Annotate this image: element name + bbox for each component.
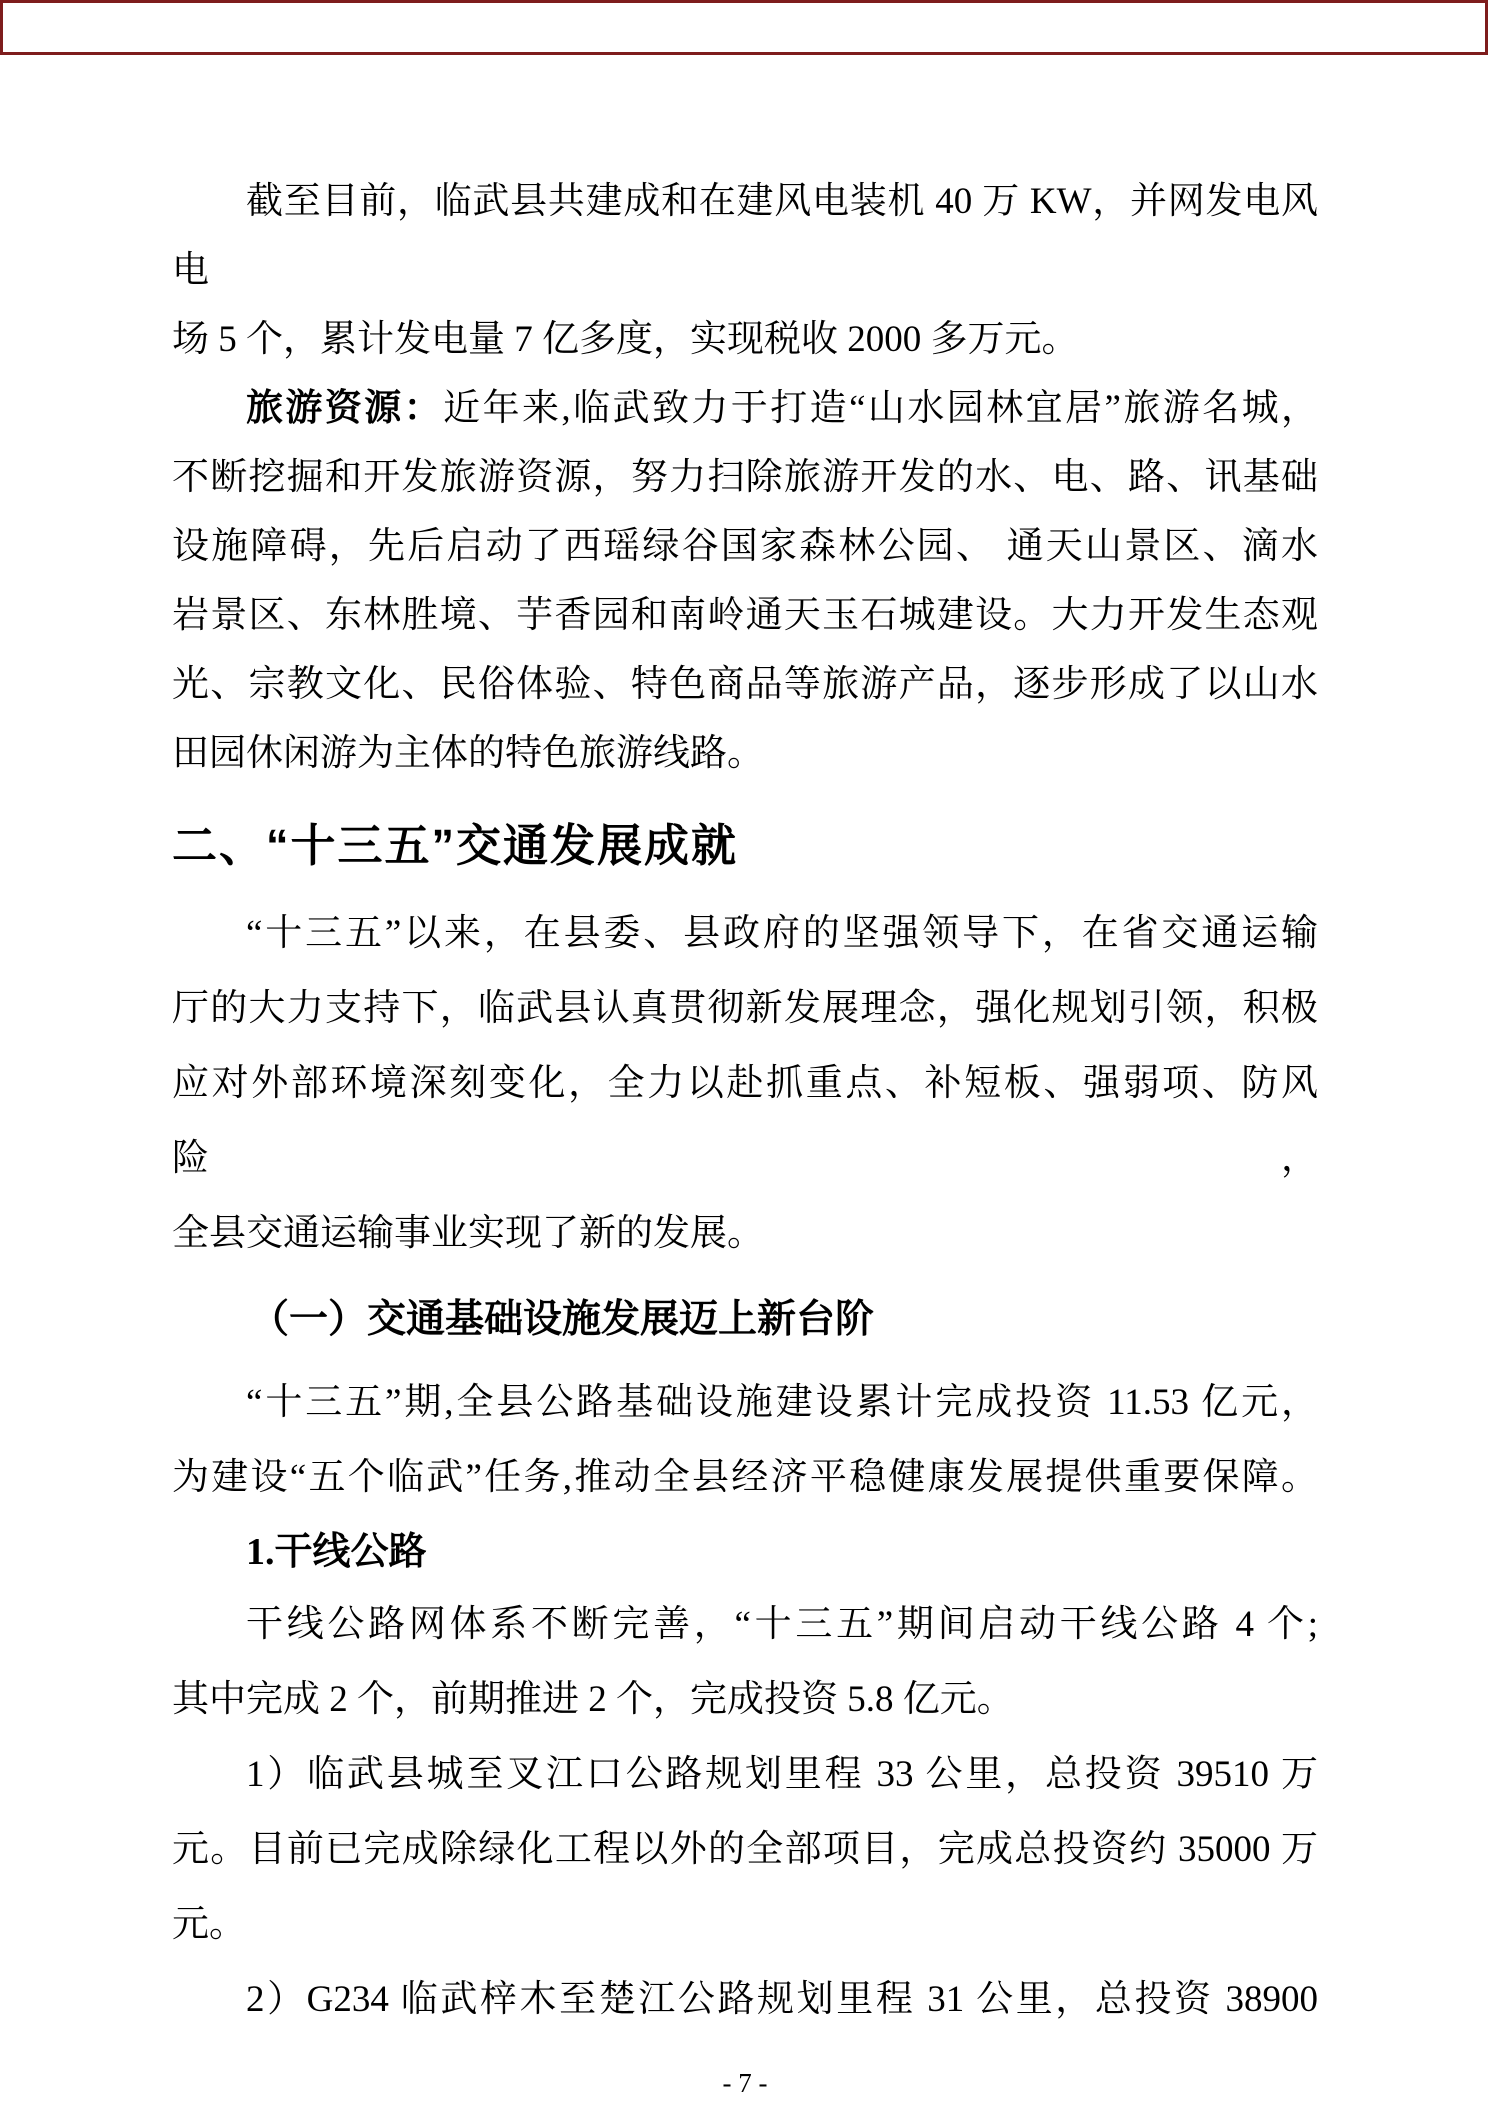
subsection-heading-infrastructure: （一）交通基础设施发展迈上新台阶 [172,1289,1318,1351]
paragraph-tourism-resources: 旅游资源：近年来,临武致力于打造“山水园林宜居”旅游名城， 不断挖掘和开发旅游资… [172,374,1318,788]
text-line: 厅的大力支持下，临武县认真贯彻新发展理念，强化规划引领，积极 [172,971,1318,1046]
page-content: 截至目前，临武县共建成和在建风电装机 40 万 KW，并网发电风电 场 5 个，… [0,167,1488,2103]
paragraph-road-project-1: 1）临武县城至叉江口公路规划里程 33 公里，总投资 39510 万 元。目前已… [172,1737,1318,1962]
text-line: 田园休闲游为主体的特色旅游线路。 [172,719,1318,788]
text-line: 应对外部环境深刻变化，全力以赴抓重点、补短板、强弱项、防风险， [172,1046,1318,1196]
text-line: 2）G234 临武梓木至楚江公路规划里程 31 公里，总投资 38900 [172,1962,1318,2037]
paragraph-trunk-road-network: 干线公路网体系不断完善，“十三五”期间启动干线公路 4 个; 其中完成 2 个，… [172,1587,1318,1737]
text-line: 光、宗教文化、民俗体验、特色商品等旅游产品，逐步形成了以山水 [172,650,1318,719]
text-line: 不断挖掘和开发旅游资源，努力扫除旅游开发的水、电、路、讯基础 [172,443,1318,512]
text-line: “十三五”以来，在县委、县政府的坚强领导下，在省交通运输 [172,896,1318,971]
text-line: 为建设“五个临武”任务,推动全县经济平稳健康发展提供重要保障。 [172,1440,1318,1515]
text-line: 元。目前已完成除绿化工程以外的全部项目，完成总投资约 35000 万 [172,1812,1318,1887]
text-line: 干线公路网体系不断完善，“十三五”期间启动干线公路 4 个; [172,1587,1318,1662]
text-run: 近年来,临武致力于打造“山水园林宜居”旅游名城， [443,388,1318,429]
header-rule-box [0,0,1488,55]
text-line: 设施障碍，先后启动了西瑶绿谷国家森林公园、 通天山景区、滴水 [172,512,1318,581]
paragraph-investment-summary: “十三五”期,全县公路基础设施建设累计完成投资 11.53 亿元， 为建设“五个… [172,1365,1318,1515]
text-line: “十三五”期,全县公路基础设施建设累计完成投资 11.53 亿元， [172,1365,1318,1440]
text-line: 全县交通运输事业实现了新的发展。 [172,1196,1318,1271]
paragraph-lead-label: 旅游资源： [246,388,443,429]
section-heading-transport-achievements: 二、“十三五”交通发展成就 [172,814,1318,878]
text-line: 1）临武县城至叉江口公路规划里程 33 公里，总投资 39510 万 [172,1737,1318,1812]
text-line: 元。 [172,1887,1318,1962]
subsection-heading-trunk-roads: 1.干线公路 [172,1521,1318,1583]
paragraph-road-project-2: 2）G234 临武梓木至楚江公路规划里程 31 公里，总投资 38900 [172,1962,1318,2037]
text-line: 其中完成 2 个，前期推进 2 个，完成投资 5.8 亿元。 [172,1662,1318,1737]
text-line: 旅游资源：近年来,临武致力于打造“山水园林宜居”旅游名城， [172,374,1318,443]
paragraph-thirteenth-five-intro: “十三五”以来，在县委、县政府的坚强领导下，在省交通运输 厅的大力支持下，临武县… [172,896,1318,1271]
text-line: 场 5 个，累计发电量 7 亿多度，实现税收 2000 多万元。 [172,305,1318,374]
document-page: 截至目前，临武县共建成和在建风电装机 40 万 KW，并网发电风电 场 5 个，… [0,0,1488,2104]
paragraph-wind-power: 截至目前，临武县共建成和在建风电装机 40 万 KW，并网发电风电 场 5 个，… [172,167,1318,374]
footer-page-number: - 7 - [172,2063,1318,2103]
text-line: 岩景区、东林胜境、芋香园和南岭通天玉石城建设。大力开发生态观 [172,581,1318,650]
text-line: 截至目前，临武县共建成和在建风电装机 40 万 KW，并网发电风电 [172,167,1318,305]
